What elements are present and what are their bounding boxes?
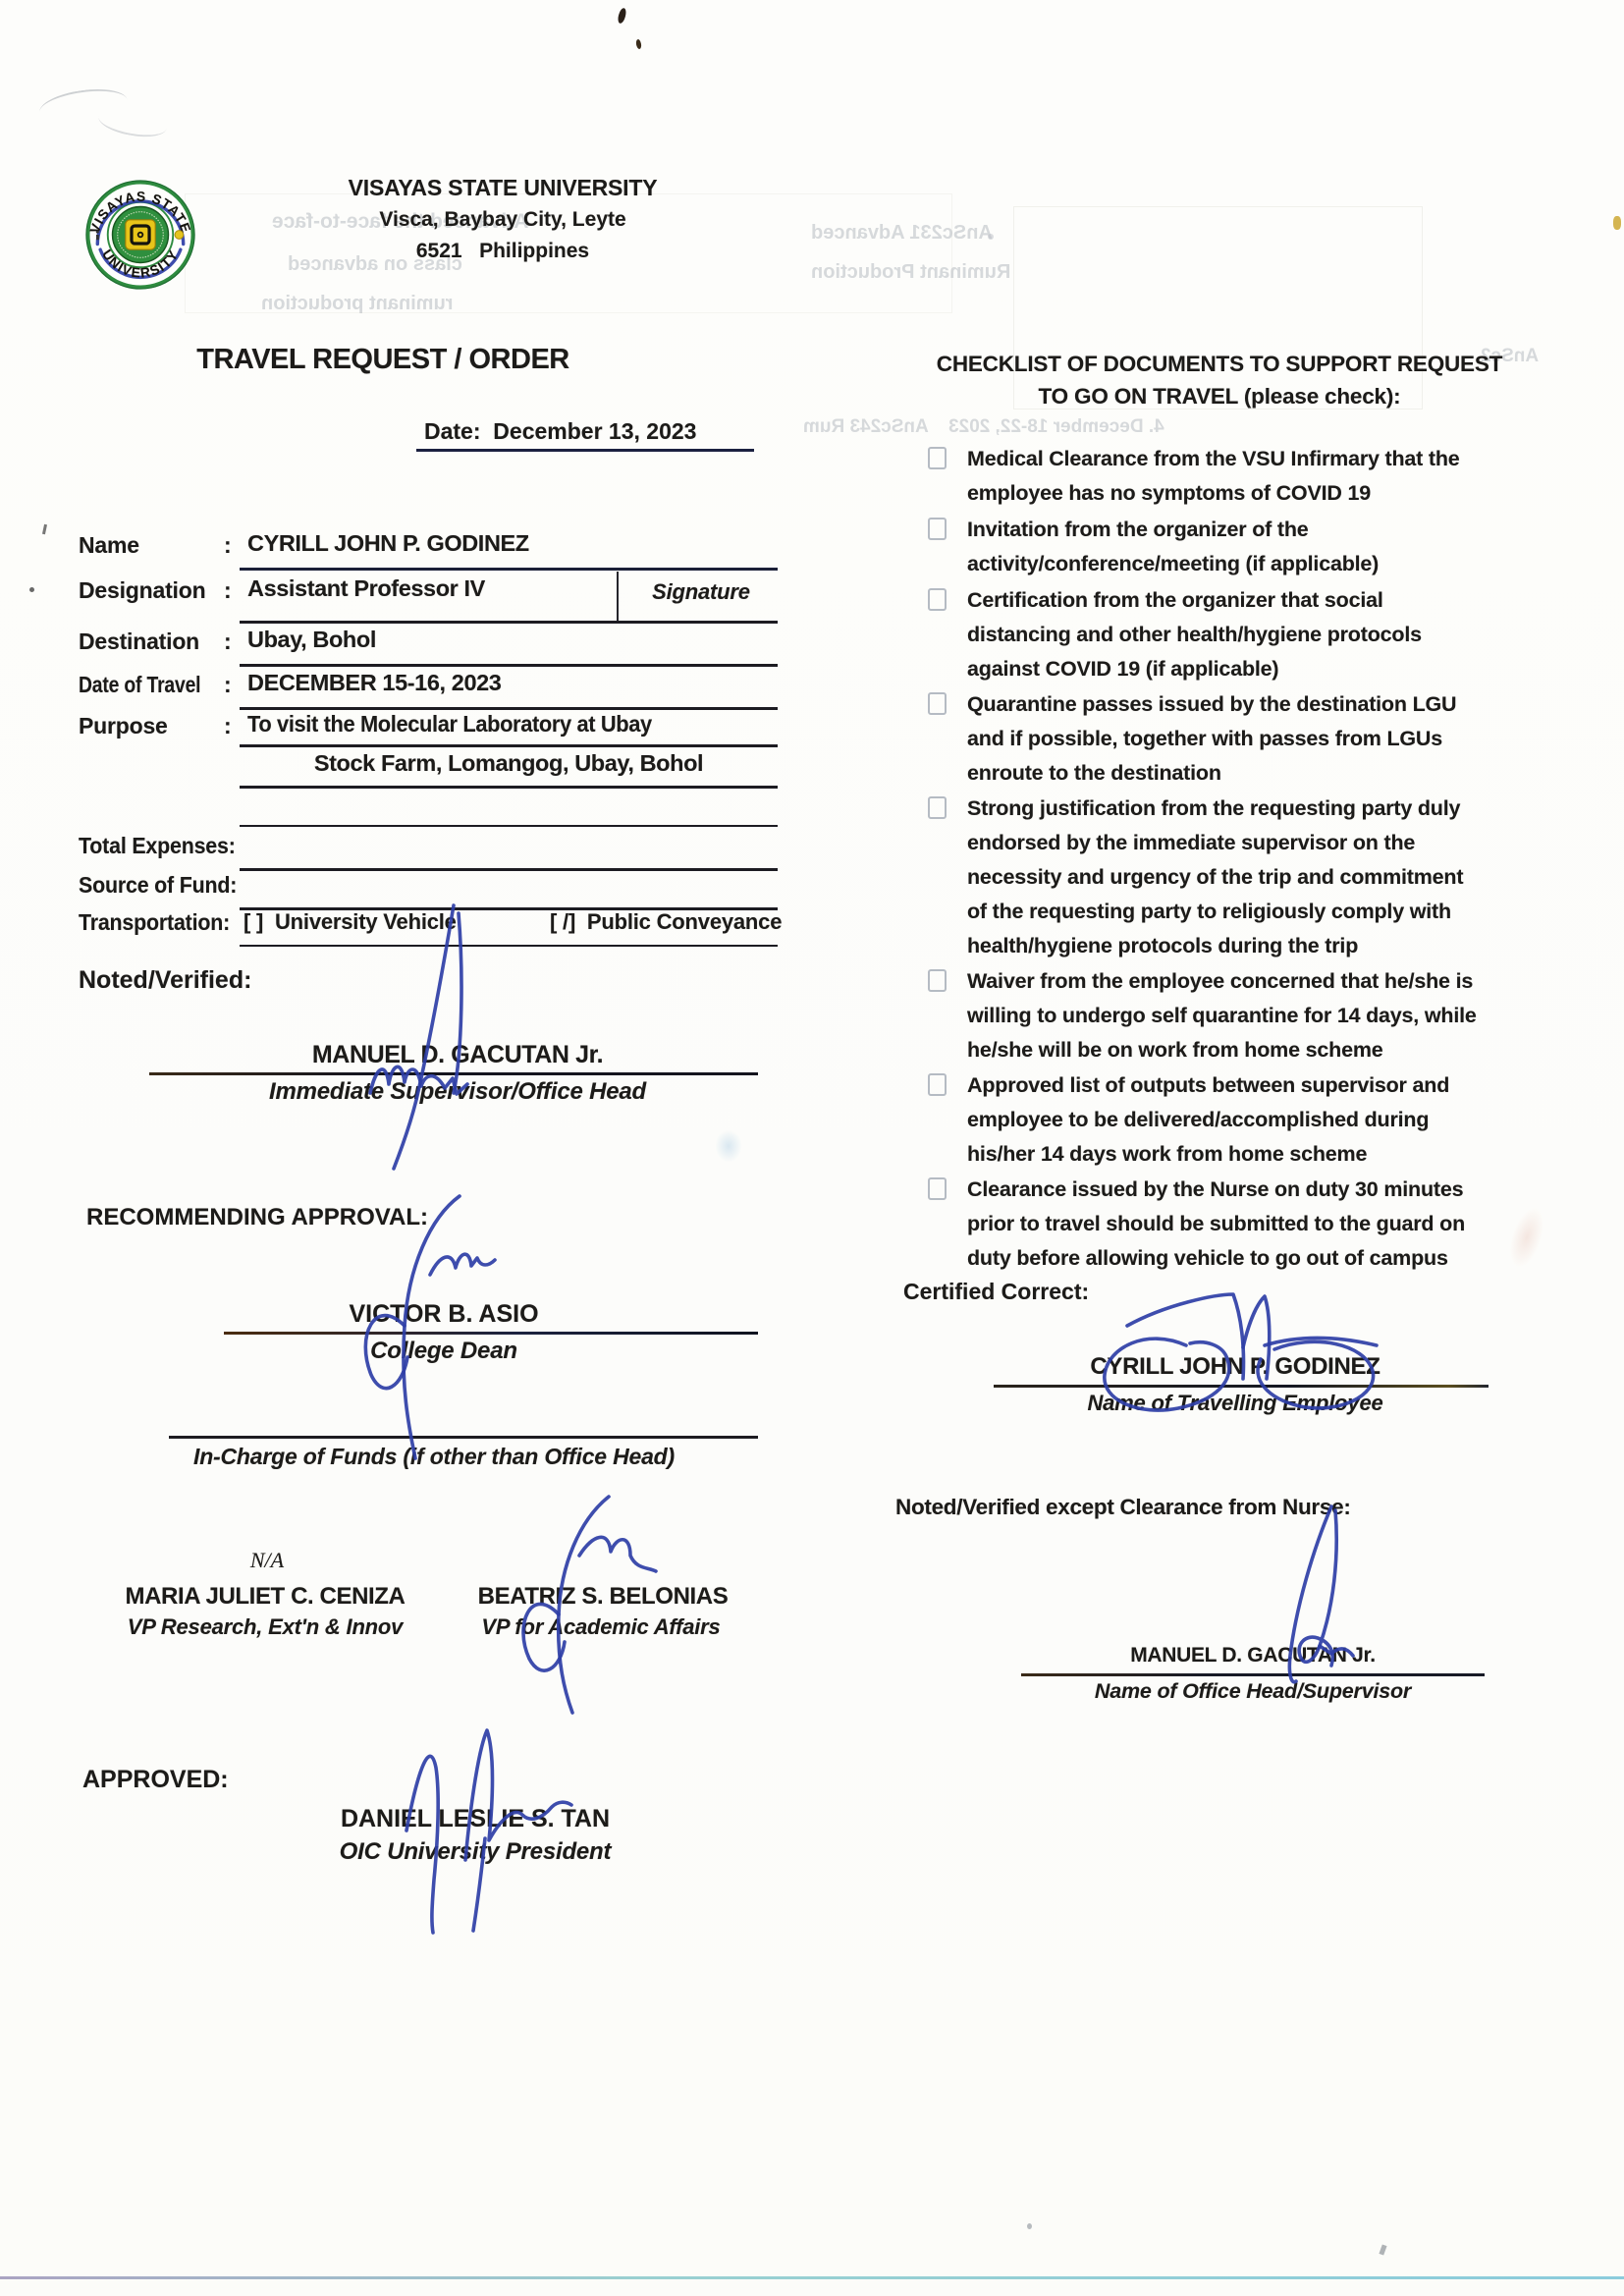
purpose-label: Purpose: [79, 713, 168, 739]
noted-verified-label: Noted/Verified:: [79, 966, 251, 995]
name-value: CYRILL JOHN P. GODINEZ: [247, 530, 529, 557]
signature-cyrill-godinez: [1070, 1288, 1416, 1424]
checklist-item-text: Certification from the organizer that so…: [967, 583, 1422, 686]
scan-speck: [1379, 2244, 1386, 2255]
bleed-text: AnSc243 Rum: [803, 416, 929, 438]
checkbox: [928, 447, 947, 469]
form-title: TRAVEL REQUEST / ORDER: [147, 344, 619, 376]
transportation-label: Transportation:: [79, 909, 230, 936]
checklist-item: Invitation from the organizer of the act…: [928, 513, 1556, 583]
scan-speck: [635, 39, 642, 50]
checklist-item: Medical Clearance from the VSU Infirmary…: [928, 442, 1556, 513]
name-colon: :: [224, 532, 231, 559]
signature-manuel-gacutan-left: [344, 903, 540, 1174]
designation-label: Designation: [79, 577, 205, 604]
checklist-item-text: Waiver from the employee concerned that …: [967, 964, 1477, 1067]
signature-cell-divider: [617, 572, 619, 621]
checkbox: [928, 969, 947, 992]
signature-victor-asio: [314, 1180, 501, 1460]
date-underline: [416, 449, 754, 452]
purpose-colon: :: [224, 713, 231, 739]
checklist-item-text: Clearance issued by the Nurse on duty 30…: [967, 1173, 1465, 1276]
certified-correct-label: Certified Correct:: [903, 1279, 1089, 1305]
checkbox: [928, 1073, 947, 1096]
purpose-value-line2: Stock Farm, Lomangog, Ubay, Bohol: [240, 750, 778, 777]
checkbox: [928, 692, 947, 715]
checklist-item-text: Medical Clearance from the VSU Infirmary…: [967, 442, 1460, 511]
signature-manuel-gacutan-right: [1239, 1501, 1379, 1689]
destination-colon: :: [224, 629, 231, 655]
date-of-travel-value: DECEMBER 15-16, 2023: [247, 670, 501, 696]
total-expenses-label: Total Expenses:: [79, 833, 236, 859]
signature-beatriz-belonias: [463, 1479, 670, 1715]
checkbox: [928, 588, 947, 611]
checklist-item-text: Invitation from the organizer of the act…: [967, 513, 1379, 581]
university-address-line2: 6521 Philippines: [297, 240, 709, 263]
scan-bottom-edge: [0, 2276, 1624, 2279]
destination-value: Ubay, Bohol: [247, 627, 376, 653]
scanned-travel-request-document: Advanced the face-to-face class on advan…: [0, 0, 1624, 2296]
checklist-item-text: Approved list of outputs between supervi…: [967, 1068, 1449, 1172]
approved-label: APPROVED:: [82, 1766, 229, 1794]
purpose-underline-2: [240, 786, 778, 789]
checklist-item: Certification from the organizer that so…: [928, 583, 1556, 687]
destination-label: Destination: [79, 629, 199, 655]
signature-cell-label: Signature: [624, 579, 778, 605]
total-expenses-underline: [240, 868, 778, 871]
scan-scratch: [96, 104, 168, 141]
funds-na-text: N/A: [169, 1548, 365, 1573]
purpose-value-line1: To visit the Molecular Laboratory at Uba…: [247, 711, 652, 738]
designation-value: Assistant Professor IV: [247, 575, 485, 602]
designation-underline: [240, 621, 778, 624]
date-of-travel-underline: [240, 707, 778, 710]
scan-speck: [1613, 216, 1621, 230]
scan-speck: [1027, 2223, 1032, 2229]
scan-speck: [617, 7, 627, 24]
purpose-underline-1: [240, 744, 778, 747]
checklist-item: Approved list of outputs between supervi…: [928, 1068, 1556, 1173]
checkbox: [928, 796, 947, 819]
checkbox: [928, 1177, 947, 1200]
date-of-travel-colon: :: [224, 672, 231, 698]
source-of-fund-label: Source of Fund:: [79, 872, 237, 899]
bleed-text: AnSc231 Advanced: [811, 222, 993, 245]
scan-smudge: [715, 1129, 742, 1163]
checklist-item: Waiver from the employee concerned that …: [928, 964, 1556, 1068]
checklist-item: Quarantine passes issued by the destinat…: [928, 687, 1556, 792]
vsu-logo: VISAYAS STATE UNIVERSITY: [84, 179, 196, 291]
university-address-line1: Visca, Baybay City, Leyte: [297, 208, 709, 232]
bleed-text: Ruminant Production: [811, 261, 1010, 284]
bleed-text: ruminant production: [261, 293, 454, 315]
checklist-item: Strong justification from the requesting…: [928, 792, 1556, 964]
purpose-underline-blank: [240, 825, 778, 827]
bleed-bullet: [988, 234, 994, 240]
bleed-text: 4. December 18-22, 2023: [948, 416, 1164, 438]
checkbox: [928, 518, 947, 540]
date-line: Date: December 13, 2023: [424, 418, 696, 445]
designation-colon: :: [224, 577, 231, 604]
destination-underline: [240, 664, 778, 667]
date-of-travel-label: Date of Travel: [79, 672, 200, 698]
checklist-item: Clearance issued by the Nurse on duty 30…: [928, 1173, 1556, 1277]
checklist-item-text: Quarantine passes issued by the destinat…: [967, 687, 1456, 791]
checklist-item-text: Strong justification from the requesting…: [967, 792, 1463, 963]
transportation-option-public-conveyance: [ /] Public Conveyance: [550, 909, 782, 935]
checklist-title: CHECKLIST OF DOCUMENTS TO SUPPORT REQUES…: [866, 348, 1573, 412]
university-name: VISAYAS STATE UNIVERSITY: [297, 175, 709, 201]
signature-daniel-tan: [350, 1711, 580, 1935]
name-label: Name: [79, 532, 139, 559]
scan-speck: [42, 524, 47, 534]
scan-speck: [29, 587, 34, 592]
name-underline: [240, 568, 778, 571]
